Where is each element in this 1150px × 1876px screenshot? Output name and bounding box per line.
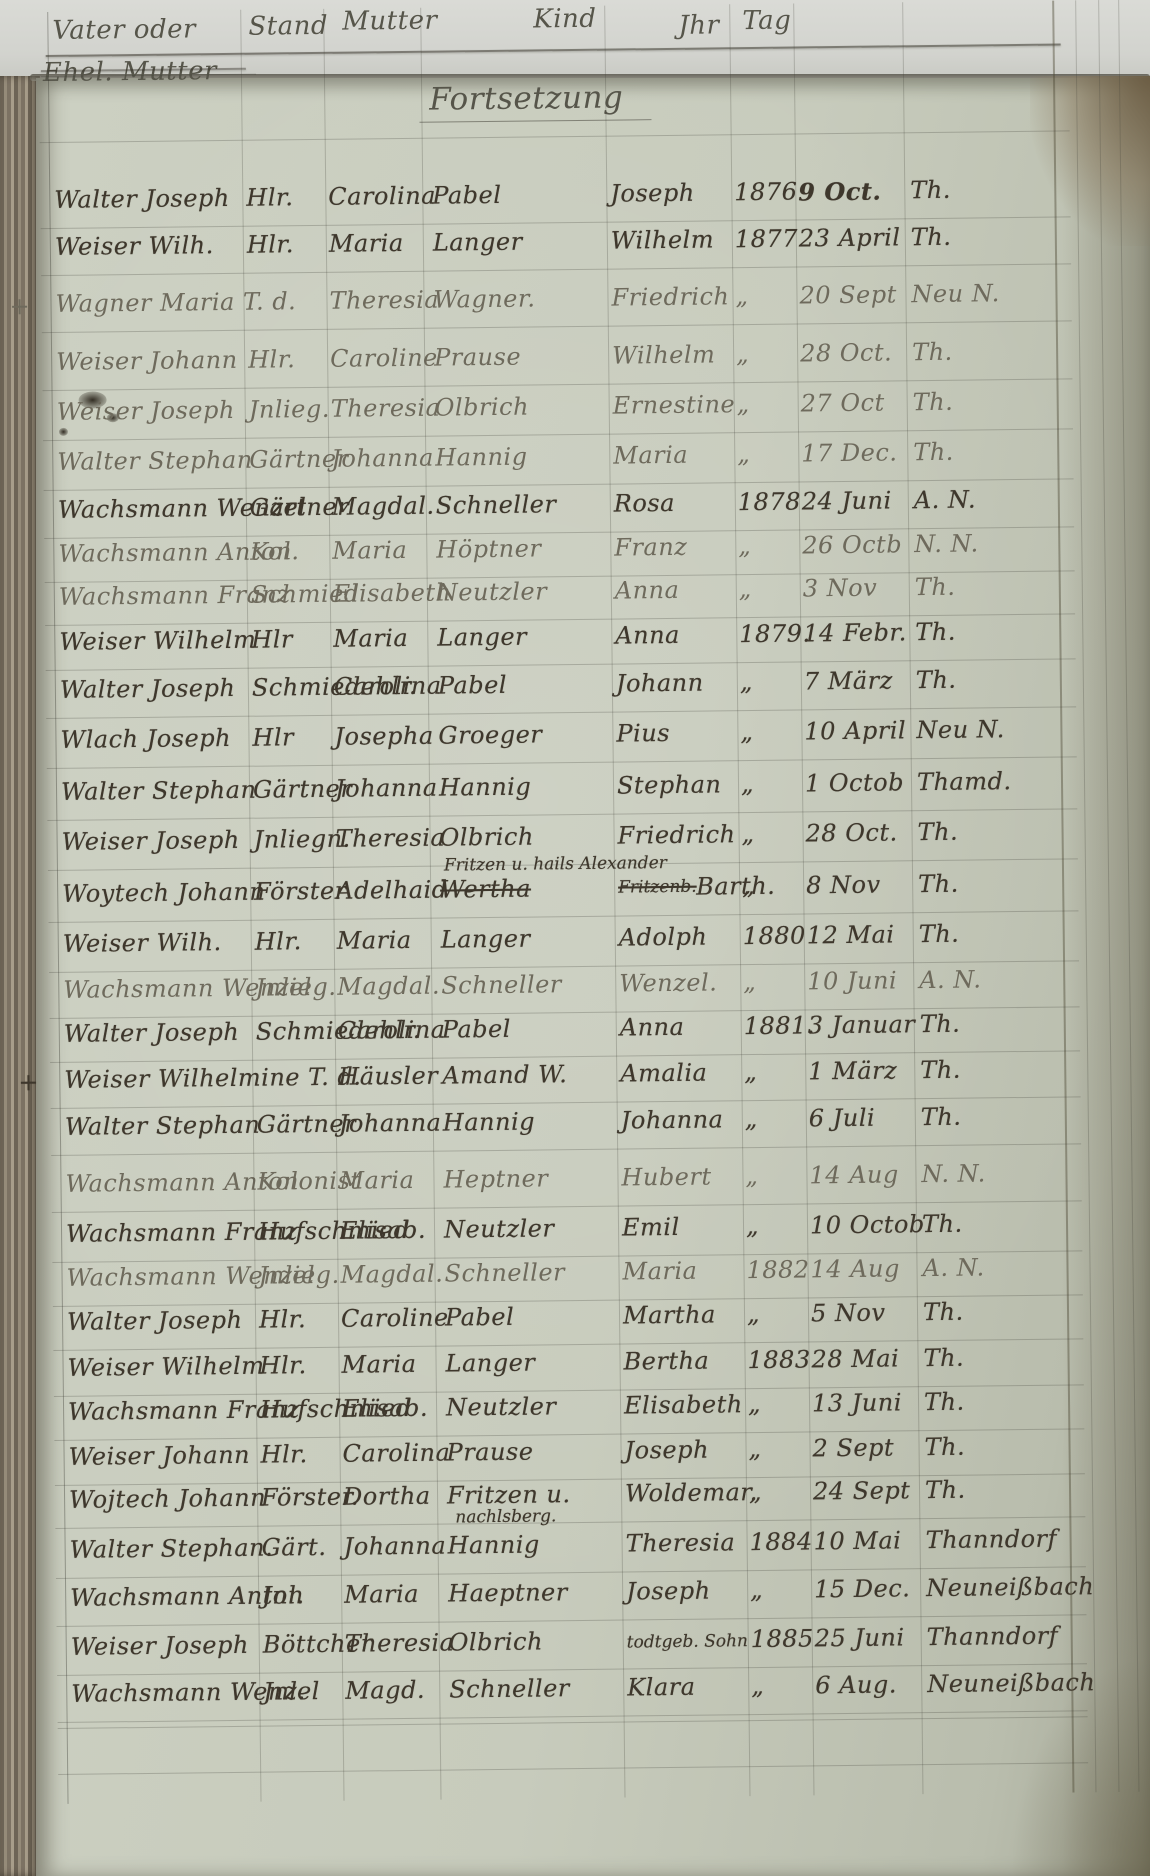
birth-year: 1884 — [749, 1527, 812, 1556]
place: Thanndorf — [925, 1525, 1057, 1554]
father-name: Wlach Joseph — [60, 724, 231, 754]
mother-surname: Pabel — [438, 671, 507, 700]
place: Th. — [913, 388, 954, 416]
mother-given-name: Maria — [329, 229, 404, 258]
birth-year: „ — [740, 718, 753, 746]
child-name: Johann — [616, 669, 704, 698]
birth-day: 3 Januar — [808, 1010, 916, 1039]
birth-year: 1878 — [738, 487, 801, 516]
status: Hlr — [251, 625, 293, 653]
mother-given-name: Caroline — [341, 1304, 449, 1333]
child-name: Martha — [623, 1300, 716, 1329]
birth-day: 3 Nov — [803, 574, 878, 603]
birth-day: 12 Mai — [807, 920, 895, 949]
child-name: Joseph — [610, 179, 695, 208]
margin-mark: + — [9, 292, 30, 320]
mother-surname: Prause — [434, 343, 521, 372]
father-name: Weiser Joseph — [71, 1631, 249, 1661]
place: Th. — [918, 870, 959, 898]
child-name: Maria — [613, 441, 688, 470]
mother-given-name: Carolina — [334, 672, 442, 701]
status: Kol. — [250, 537, 299, 566]
mother-surname: Pabel — [442, 1015, 511, 1044]
child-name: Friedrich — [617, 820, 735, 849]
father-name: Woytech Johann — [62, 878, 265, 908]
mother-surname: Langer — [437, 623, 527, 652]
mother-surname: Langer — [433, 228, 523, 257]
father-name: Weiser Joseph — [61, 826, 239, 856]
birth-day: 1 März — [808, 1056, 897, 1085]
status: Hlr. — [247, 230, 294, 259]
father-name: Walter Joseph — [64, 1018, 240, 1048]
place: Th. — [912, 338, 953, 366]
row-rule — [40, 130, 1070, 143]
mother-surname: Pabel — [432, 181, 501, 210]
page-subtitle: Fortsetzung — [419, 79, 652, 123]
birth-year: „ — [749, 1478, 762, 1506]
mother-surname: Höptner — [436, 534, 541, 563]
place: Th. — [911, 223, 952, 251]
status: Jnl. — [262, 1581, 305, 1609]
mother-given-name: Johanna — [343, 1532, 446, 1561]
birth-year: „ — [745, 1105, 758, 1133]
scanned-register-photo: Vater oder Ehel. Mutter Stand Mutter Kin… — [0, 0, 1150, 1876]
status: Hlr. — [259, 1305, 306, 1334]
place: Th. — [924, 1433, 965, 1461]
child-name: Joseph — [626, 1577, 711, 1606]
mother-surname: Neutzler — [446, 1392, 557, 1421]
place: Neu N. — [916, 715, 1005, 744]
mother-surname: Pabel — [445, 1303, 514, 1332]
father-name: Weiser Joseph — [57, 396, 235, 426]
birth-year: „ — [741, 820, 754, 848]
child-name: Rosa — [614, 489, 675, 518]
birth-day: 28 Oct. — [800, 338, 892, 367]
header-stand-label: Stand — [248, 11, 328, 42]
birth-year: „ — [745, 1162, 758, 1190]
child-name: Johanna — [621, 1105, 724, 1134]
place: Th. — [915, 573, 956, 601]
row-rule — [58, 1762, 1088, 1775]
mother-given-name: Magd. — [345, 1676, 425, 1705]
mother-given-name: Elisab. — [342, 1394, 428, 1423]
place: Th. — [915, 618, 956, 646]
handwritten-register-content: Vater oder Ehel. Mutter Stand Mutter Kin… — [0, 0, 1150, 1805]
header-kind-label: Kind — [533, 4, 596, 35]
birth-day: 27 Oct — [801, 389, 885, 418]
child-name: Theresia — [625, 1528, 735, 1557]
father-name: Walter Stephan — [61, 776, 257, 806]
father-name: Walter Joseph — [54, 184, 230, 214]
birth-day: 2 Sept — [812, 1433, 894, 1462]
father-name: Weiser Wilhelm — [67, 1352, 264, 1382]
birth-year: 1876 — [734, 177, 797, 206]
mother-given-name: Maria — [332, 536, 407, 565]
child-name: Hubert — [621, 1163, 711, 1192]
mother-given-name: Magdal. — [340, 1260, 443, 1289]
child-name: Bertha — [623, 1347, 709, 1376]
place: Thamd. — [917, 767, 1012, 796]
mother-given-name: Carolina — [342, 1439, 450, 1468]
mother-given-name: Maria — [333, 624, 408, 653]
father-name: Weiser Wilh. — [55, 231, 214, 261]
father-name: Weiser Wilhelmine T. d. — [64, 1062, 361, 1093]
mother-given-name: Maria — [339, 1166, 414, 1195]
birth-day: 1 Octob — [805, 768, 904, 797]
margin-mark: + — [18, 1068, 39, 1096]
header-jahr-label: Jhr — [678, 10, 719, 40]
birth-day: 8 Nov — [806, 871, 881, 900]
mother-surname: Groeger — [438, 720, 542, 749]
header-father-label: Vater oder — [52, 14, 196, 46]
mother-given-name: Josepha — [334, 722, 434, 751]
child-name: Wilhelm — [612, 340, 716, 369]
mother-given-name: Johanna — [339, 1109, 442, 1138]
birth-day: 28 Oct. — [805, 818, 897, 847]
child-name-struck: Fritzenb. — [618, 877, 697, 898]
birth-year: „ — [748, 1435, 761, 1463]
birth-day: 7 März — [804, 666, 893, 695]
child-name: Amalia — [620, 1059, 707, 1088]
birth-day: 10 Octob — [810, 1210, 925, 1239]
status: Hlr. — [246, 183, 293, 212]
birth-day: 10 Juni — [807, 966, 897, 995]
place: Th. — [923, 1298, 964, 1326]
table-row: +Wagner Maria T. d.TheresiaWagner.Friedr… — [0, 278, 1144, 339]
place: Th. — [910, 176, 951, 204]
birth-day: 15 Dec. — [814, 1574, 910, 1603]
status: Hlr. — [255, 927, 302, 956]
birth-day: 6 Juli — [809, 1104, 876, 1133]
birth-year: „ — [738, 532, 751, 560]
father-name: Weiser Wilh. — [63, 928, 222, 958]
child-name: Barth. — [696, 872, 775, 901]
birth-year: „ — [737, 390, 750, 418]
mother-surname: Prause — [446, 1438, 533, 1467]
mother-surname: Haeptner — [448, 1578, 568, 1607]
father-name: Weiser Johann — [68, 1441, 250, 1471]
mother-surname: Neutzler — [437, 577, 548, 606]
place: Th. — [923, 1344, 964, 1372]
place: Th. — [917, 818, 958, 846]
child-name: Pius — [616, 719, 670, 748]
child-name: Anna — [615, 621, 680, 650]
place: N. N. — [914, 529, 979, 558]
place: Th. — [916, 666, 957, 694]
mother-surname: Olbrich — [439, 823, 534, 852]
birth-day: 14 Febr. — [803, 618, 907, 647]
mother-given-name: Magdal. — [337, 972, 440, 1001]
birth-year: „ — [736, 340, 749, 368]
birth-day: 9 Oct. — [798, 177, 881, 207]
mother-given-name: Maria — [344, 1580, 419, 1609]
place: A. N. — [914, 485, 977, 514]
birth-year: „ — [743, 968, 756, 996]
birth-day: 10 April — [804, 716, 906, 745]
birth-year: „ — [748, 1390, 761, 1418]
mother-surname: Olbrich — [435, 393, 530, 422]
father-name: Walter Stephan — [65, 1111, 261, 1141]
status: Hlr — [252, 723, 294, 751]
father-name: Weiser Wilhelm — [59, 626, 256, 656]
birth-year: 1885 — [751, 1624, 814, 1653]
child-name: Wenzel. — [619, 968, 717, 997]
mother-given-name: Magdal. — [332, 492, 435, 521]
place: Th. — [922, 1210, 963, 1238]
birth-day: 14 Aug — [809, 1160, 899, 1189]
mother-surname: Hannig — [443, 1108, 536, 1137]
birth-year: „ — [746, 1212, 759, 1240]
birth-year: „ — [739, 575, 752, 603]
birth-day: 13 Juni — [812, 1388, 902, 1417]
mother-surname: Langer — [445, 1349, 535, 1378]
place: Th. — [924, 1388, 965, 1416]
place: Th. — [920, 1010, 961, 1038]
mother-surname: Wertha — [440, 875, 531, 904]
child-name: Joseph — [624, 1436, 709, 1465]
mother-given-name: Maria — [337, 926, 412, 955]
birth-day: 14 Aug — [810, 1254, 900, 1283]
birth-year: 1877 — [735, 224, 798, 253]
mother-given-name: Johanna — [335, 774, 438, 803]
place: Th. — [920, 1056, 961, 1084]
place: Thanndorf — [927, 1622, 1059, 1651]
status: Jnlieg. — [249, 395, 330, 424]
place: Neu N. — [911, 279, 1000, 308]
child-name: Anna — [615, 576, 680, 605]
mother-given-name: Häusler — [338, 1062, 438, 1091]
birth-year: „ — [747, 1300, 760, 1328]
birth-year: „ — [750, 1576, 763, 1604]
status: Hlr. — [260, 1440, 307, 1469]
child-name: todtgeb. Sohn — [627, 1631, 748, 1652]
mother-surname: Schneller — [449, 1674, 570, 1703]
status: Jnl. — [263, 1677, 306, 1705]
birth-day: 23 April — [799, 223, 901, 252]
status: Hlr. — [248, 345, 295, 374]
mother-given-name: Maria — [341, 1350, 416, 1379]
mother-surname: Fritzen u. — [447, 1480, 571, 1509]
child-name: Anna — [620, 1013, 685, 1042]
mother-given-name: Elisabeth — [333, 578, 452, 607]
place: N. N. — [921, 1159, 986, 1188]
birth-day: 6 Aug. — [815, 1670, 897, 1699]
birth-day: 26 Octb — [802, 530, 902, 559]
birth-year: „ — [741, 770, 754, 798]
mother-given-name: Carolina — [338, 1016, 446, 1045]
birth-day: 5 Nov — [811, 1299, 886, 1328]
mother-surname: Wagner. — [433, 284, 535, 313]
header-rule — [46, 43, 1061, 57]
status: Hlr. — [259, 1351, 306, 1380]
child-name: Adolph — [619, 923, 708, 952]
child-name: Woldemar. — [625, 1478, 758, 1508]
mother-surname: Neutzler — [444, 1214, 555, 1243]
mother-surname: Schneller — [436, 490, 557, 519]
birth-year: „ — [737, 440, 750, 468]
header-mother-ehel-label: Ehel. Mutter — [43, 56, 217, 88]
birth-day: 25 Juni — [815, 1623, 905, 1652]
header-tag-label: Tag — [742, 6, 791, 37]
mother-given-name: Johanna — [331, 444, 434, 473]
child-name: Ernestine — [613, 390, 736, 419]
father-name: Walter Stephan — [57, 446, 253, 476]
mother-surname: Hannig — [447, 1530, 540, 1559]
child-name: Klara — [627, 1673, 696, 1702]
father-name: Weiser Johann — [56, 346, 238, 376]
child-name: Friedrich — [611, 282, 729, 311]
child-name: Maria — [622, 1257, 697, 1286]
father-name: Walter Stephan. — [69, 1534, 273, 1564]
status: Gärt. — [261, 1533, 326, 1562]
birth-year: „ — [751, 1672, 764, 1700]
place: Th. — [921, 1103, 962, 1131]
table-row: Wlach JosephHlrJosephaGroegerPius„10 Apr… — [0, 714, 1149, 775]
mother-given-name: Dortha — [343, 1482, 431, 1511]
mother-surname: Hannig — [439, 773, 532, 802]
mother-given-name: Carolina — [328, 182, 436, 211]
birth-year: 1883 — [747, 1345, 810, 1374]
status: Jnlieg. — [258, 1261, 339, 1290]
child-name: Emil — [622, 1213, 680, 1242]
mother-given-name: Caroline — [330, 344, 438, 373]
birth-year: 1880 — [743, 921, 806, 950]
father-name: Walter Joseph — [67, 1306, 243, 1336]
birth-day: 20 Sept — [799, 280, 897, 309]
father-name: Walter Joseph — [60, 674, 236, 704]
birth-year: „ — [735, 282, 748, 310]
mother-given-name: Elisab. — [340, 1216, 426, 1245]
birth-year: „ — [744, 1058, 757, 1086]
father-name: Wagner Maria T. d. — [55, 287, 296, 318]
place: Th. — [925, 1476, 966, 1504]
birth-year: „ — [740, 668, 753, 696]
mother-surname: Amand W. — [442, 1060, 567, 1089]
mother-surname: Schneller — [441, 970, 562, 999]
mother-surname: Schneller — [444, 1258, 565, 1287]
child-name: Stephan — [617, 770, 722, 799]
birth-year: 1882 — [746, 1255, 809, 1284]
birth-year: „ — [742, 872, 755, 900]
status: Jnlieg. — [255, 973, 336, 1002]
father-name: Wojtech Johann — [69, 1484, 266, 1514]
place: Th. — [913, 438, 954, 466]
birth-day: 28 Mai — [811, 1344, 899, 1373]
birth-day: 17 Dec. — [801, 438, 897, 467]
mother-surname: Heptner — [443, 1164, 548, 1193]
mother-surname: Olbrich — [449, 1627, 544, 1656]
child-name: Franz — [614, 533, 687, 562]
mother-surname: Hannig — [435, 443, 528, 472]
place: A. N. — [922, 1253, 985, 1282]
birth-day: 24 Juni — [802, 486, 892, 515]
mother-surname: Langer — [441, 925, 531, 954]
place: A. N. — [919, 965, 982, 994]
child-name: Elisabeth — [624, 1390, 743, 1419]
birth-day: 24 Sept — [813, 1476, 911, 1505]
birth-day: 10 Mai — [813, 1526, 901, 1555]
place: Th. — [919, 920, 960, 948]
child-name: Wilhelm — [611, 225, 715, 254]
header-mutter-label: Mutter — [342, 6, 437, 37]
